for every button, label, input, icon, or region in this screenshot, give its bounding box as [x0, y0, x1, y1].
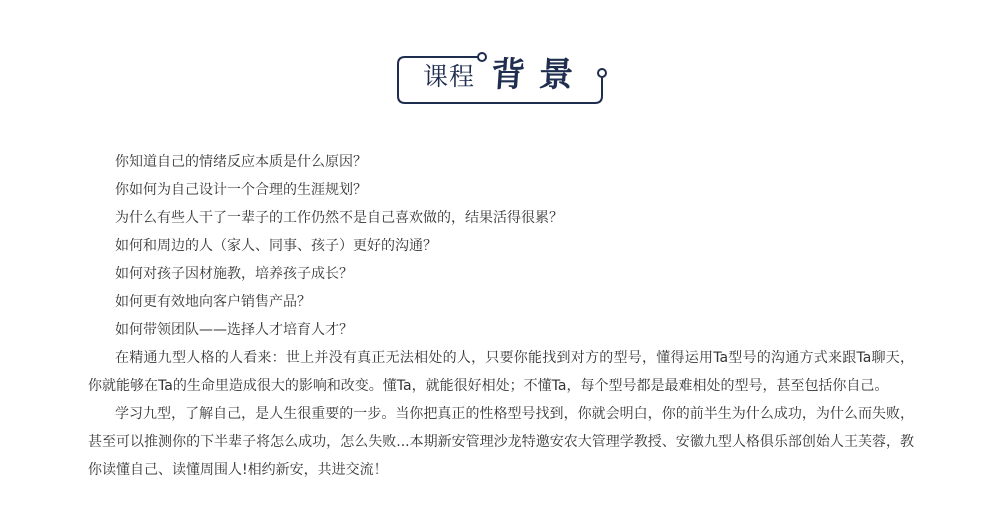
question-item: 为什么有些人干了一辈子的工作仍然不是自己喜欢做的，结果活得很累？	[88, 204, 914, 232]
section-title: 课程 背景	[395, 46, 615, 108]
paragraph: 在精通九型人格的人看来：世上并没有真正无法相处的人，只要你能找到对方的型号，懂得…	[88, 344, 914, 400]
question-item: 如何更有效地向客户销售产品？	[88, 288, 914, 316]
question-item: 如何对孩子因材施教，培养孩子成长？	[88, 260, 914, 288]
title-prefix: 课程	[423, 60, 475, 94]
paragraph: 学习九型，了解自己，是人生很重要的一步。当你把真正的性格型号找到，你就会明白，你…	[88, 400, 914, 484]
question-item: 你知道自己的情绪反应本质是什么原因？	[88, 148, 914, 176]
course-background-text: 你知道自己的情绪反应本质是什么原因？ 你如何为自己设计一个合理的生涯规划？ 为什…	[88, 148, 914, 484]
title-main: 背景	[489, 52, 588, 98]
question-item: 如何带领团队——选择人才培育人才？	[88, 316, 914, 344]
question-item: 如何和周边的人（家人、同事、孩子）更好的沟通？	[88, 232, 914, 260]
question-item: 你如何为自己设计一个合理的生涯规划？	[88, 176, 914, 204]
